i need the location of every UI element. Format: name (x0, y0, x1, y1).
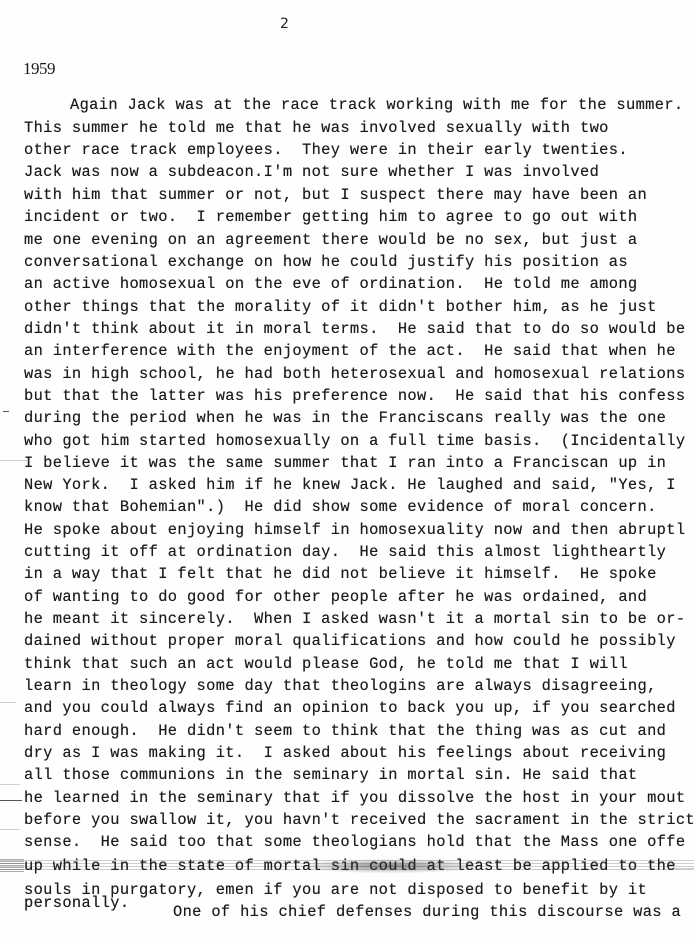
text-line: Jack was now a subdeacon.I'm not sure wh… (24, 163, 599, 181)
text-line: personally. (24, 894, 129, 912)
margin-mark (3, 411, 9, 412)
text-line: didn't think about it in moral terms. He… (24, 320, 685, 338)
scan-line (0, 829, 20, 830)
text-line: This summer he told me that he was invol… (24, 119, 609, 137)
text-line: all those communions in the seminary in … (24, 766, 638, 784)
text-line: incident or two. I remember getting him … (24, 208, 638, 226)
text-line: He spoke about enjoying himself in homos… (24, 521, 685, 539)
text-line: in a way that I felt that he did not bel… (24, 565, 657, 583)
text-line: sense. He said too that some theologians… (24, 833, 685, 851)
scan-line (0, 784, 20, 785)
text-line: with him that summer or not, but I suspe… (24, 186, 647, 204)
year-heading: 1959 (23, 59, 55, 79)
text-line: New York. I asked him if he knew Jack. H… (24, 476, 676, 494)
text-line: One of his chief defenses during this di… (173, 903, 681, 921)
text-line: other things that the morality of it did… (24, 298, 657, 316)
text-line: of wanting to do good for other people a… (24, 588, 647, 606)
text-line: other race track employees. They were in… (24, 141, 628, 159)
text-line: dry as I was making it. I asked about hi… (24, 744, 666, 762)
scan-line (0, 702, 16, 703)
text-line: during the period when he was in the Fra… (24, 409, 666, 427)
text-line: an interference with the enjoyment of th… (24, 342, 676, 360)
margin-mark (0, 800, 22, 801)
text-line: I believe it was the same summer that I … (24, 454, 666, 472)
text-line: Again Jack was at the race track working… (70, 96, 684, 114)
text-line: dained without proper moral qualificatio… (24, 632, 676, 650)
text-line: he meant it sincerely. When I asked wasn… (24, 610, 685, 628)
text-line: hard enough. He didn't seem to think tha… (24, 722, 666, 740)
scan-line (670, 868, 694, 869)
text-line: learn in theology some day that theologi… (24, 677, 657, 695)
page-number: 2 (280, 16, 289, 32)
text-line: think that such an act would please God,… (24, 655, 628, 673)
text-line: an active homosexual on the eve of ordin… (24, 275, 638, 293)
text-line: he learned in the seminary that if you d… (24, 789, 685, 807)
scan-smudge (0, 858, 24, 872)
text-line: cutting it off at ordination day. He sai… (24, 543, 666, 561)
text-line: but that the latter was his preference n… (24, 387, 685, 405)
typewritten-page: 2 1959 Again Jack was at the race track … (0, 0, 694, 937)
text-line: and you could always find an opinion to … (24, 699, 676, 717)
text-line: me one evening on an agreement there wou… (24, 231, 638, 249)
scan-line (0, 460, 30, 461)
text-line: who got him started homosexually on a fu… (24, 432, 685, 450)
text-line: conversational exchange on how he could … (24, 253, 628, 271)
text-line: know that Bohemian".) He did show some e… (24, 498, 657, 516)
text-line: up while in the state of mortal sin coul… (24, 857, 676, 875)
text-line: was in high school, he had both heterose… (24, 365, 685, 383)
text-line: before you swallow it, you havn't receiv… (24, 811, 694, 829)
